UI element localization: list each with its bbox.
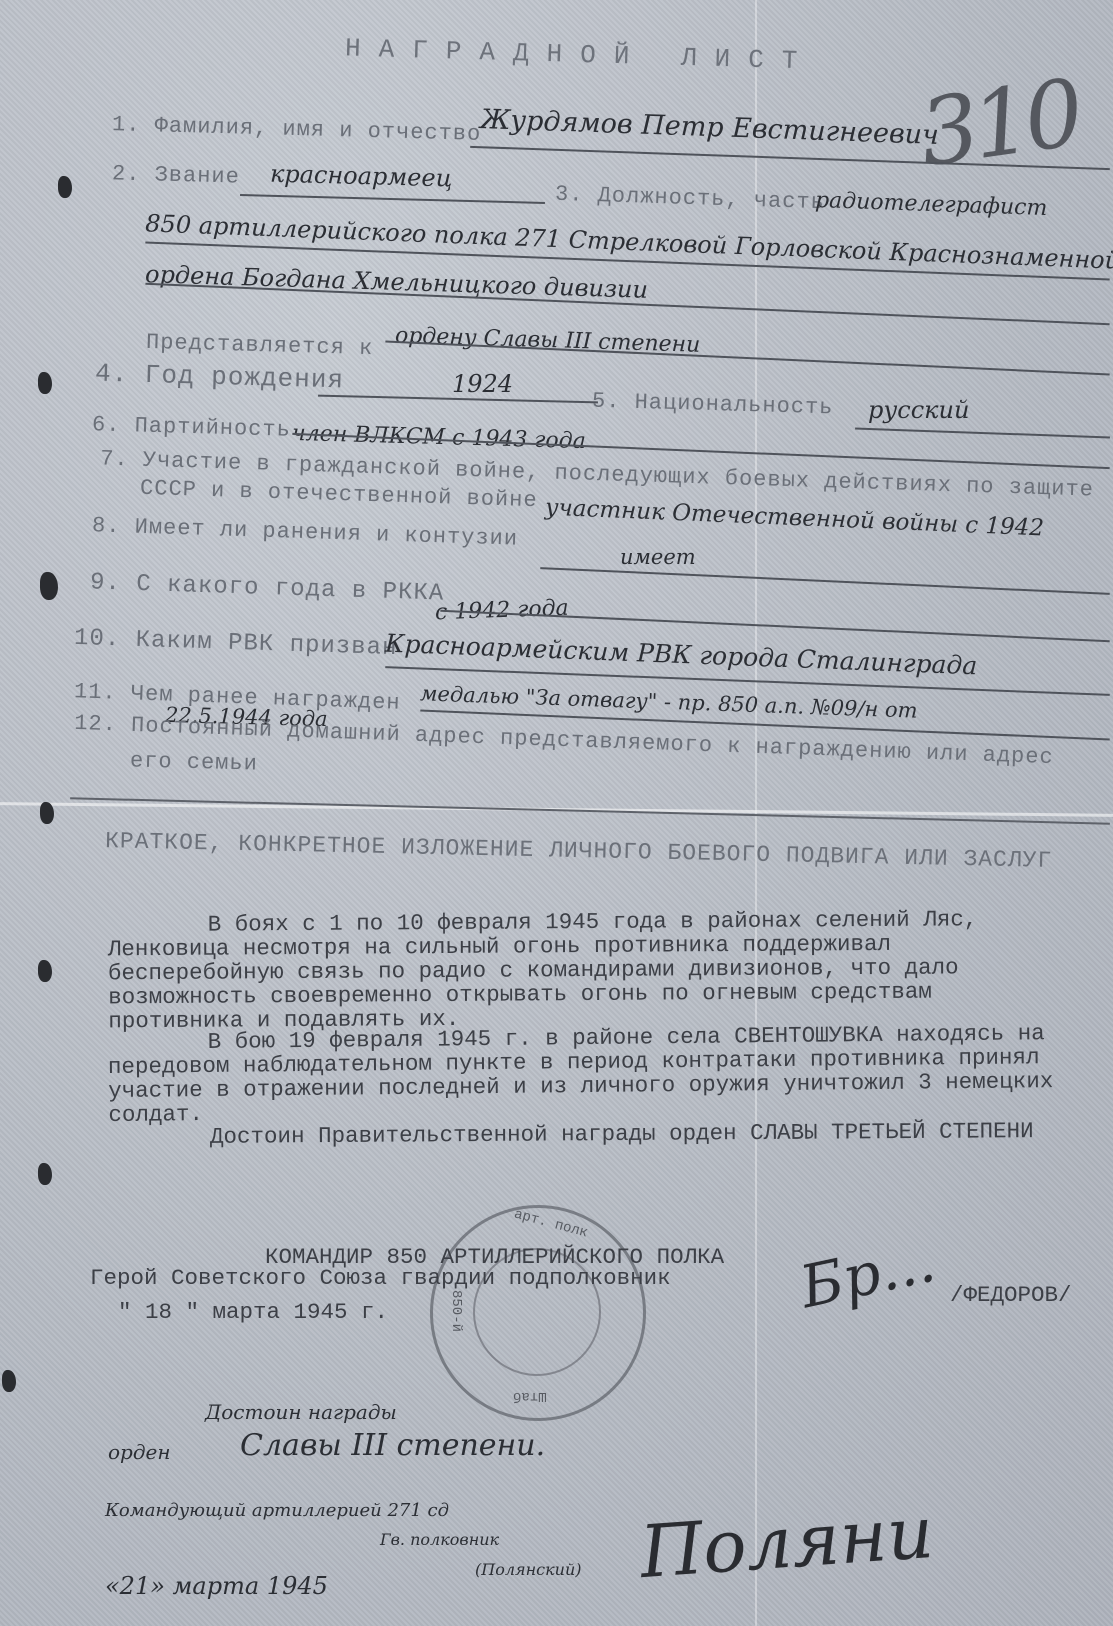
binder-hole-mark: [58, 176, 72, 198]
binder-hole-mark: [38, 1163, 52, 1185]
field-5-value: русский: [868, 396, 969, 424]
field-2-label: 2. Звание: [112, 161, 240, 189]
binder-hole-mark: [38, 960, 52, 982]
resolution-award: Славы III степени.: [240, 1428, 545, 1463]
binder-hole-mark: [2, 1370, 16, 1392]
commander-name: /ФЕДОРОВ/: [950, 1283, 1072, 1307]
official-seal-stamp: арт. полк 850-й Штаб: [430, 1205, 646, 1421]
commander-rank: Герой Советского Союза гвардии подполков…: [90, 1266, 671, 1290]
seal-side-text: 850-й: [448, 1290, 464, 1332]
summary-conclusion: Достоин Правительственной награды орден …: [210, 1119, 1034, 1149]
field-4-value: 1924: [452, 370, 513, 398]
seal-bottom-text: Штаб: [513, 1388, 547, 1404]
resolution-order-prefix: орден: [108, 1440, 171, 1464]
summary-paragraph-2: В бою 19 февраля 1945 г. в районе села С…: [108, 1021, 1069, 1127]
resolution-line-1: Достоин награды: [205, 1400, 397, 1424]
binder-hole-mark: [40, 802, 54, 824]
field-12-label-cont: его семьи: [130, 748, 258, 776]
binder-hole-mark: [40, 572, 58, 600]
resolution-commander-title: Командующий артиллерией 271 сд: [105, 1500, 449, 1521]
seal-top-text: арт. полк: [512, 1206, 589, 1241]
resolution-commander-rank: Гв. полковник: [380, 1530, 499, 1549]
field-2-value: красноармеец: [270, 160, 453, 193]
resolution-commander-name: (Полянский): [475, 1560, 582, 1579]
field-8-value: имеет: [620, 545, 696, 569]
resolution-date: «21» марта 1945: [105, 1572, 328, 1600]
commander-date: " 18 " марта 1945 г.: [118, 1300, 388, 1324]
binder-hole-mark: [38, 372, 52, 394]
summary-paragraph-1: В боях с 1 по 10 февраля 1945 года в рай…: [108, 907, 1069, 1034]
